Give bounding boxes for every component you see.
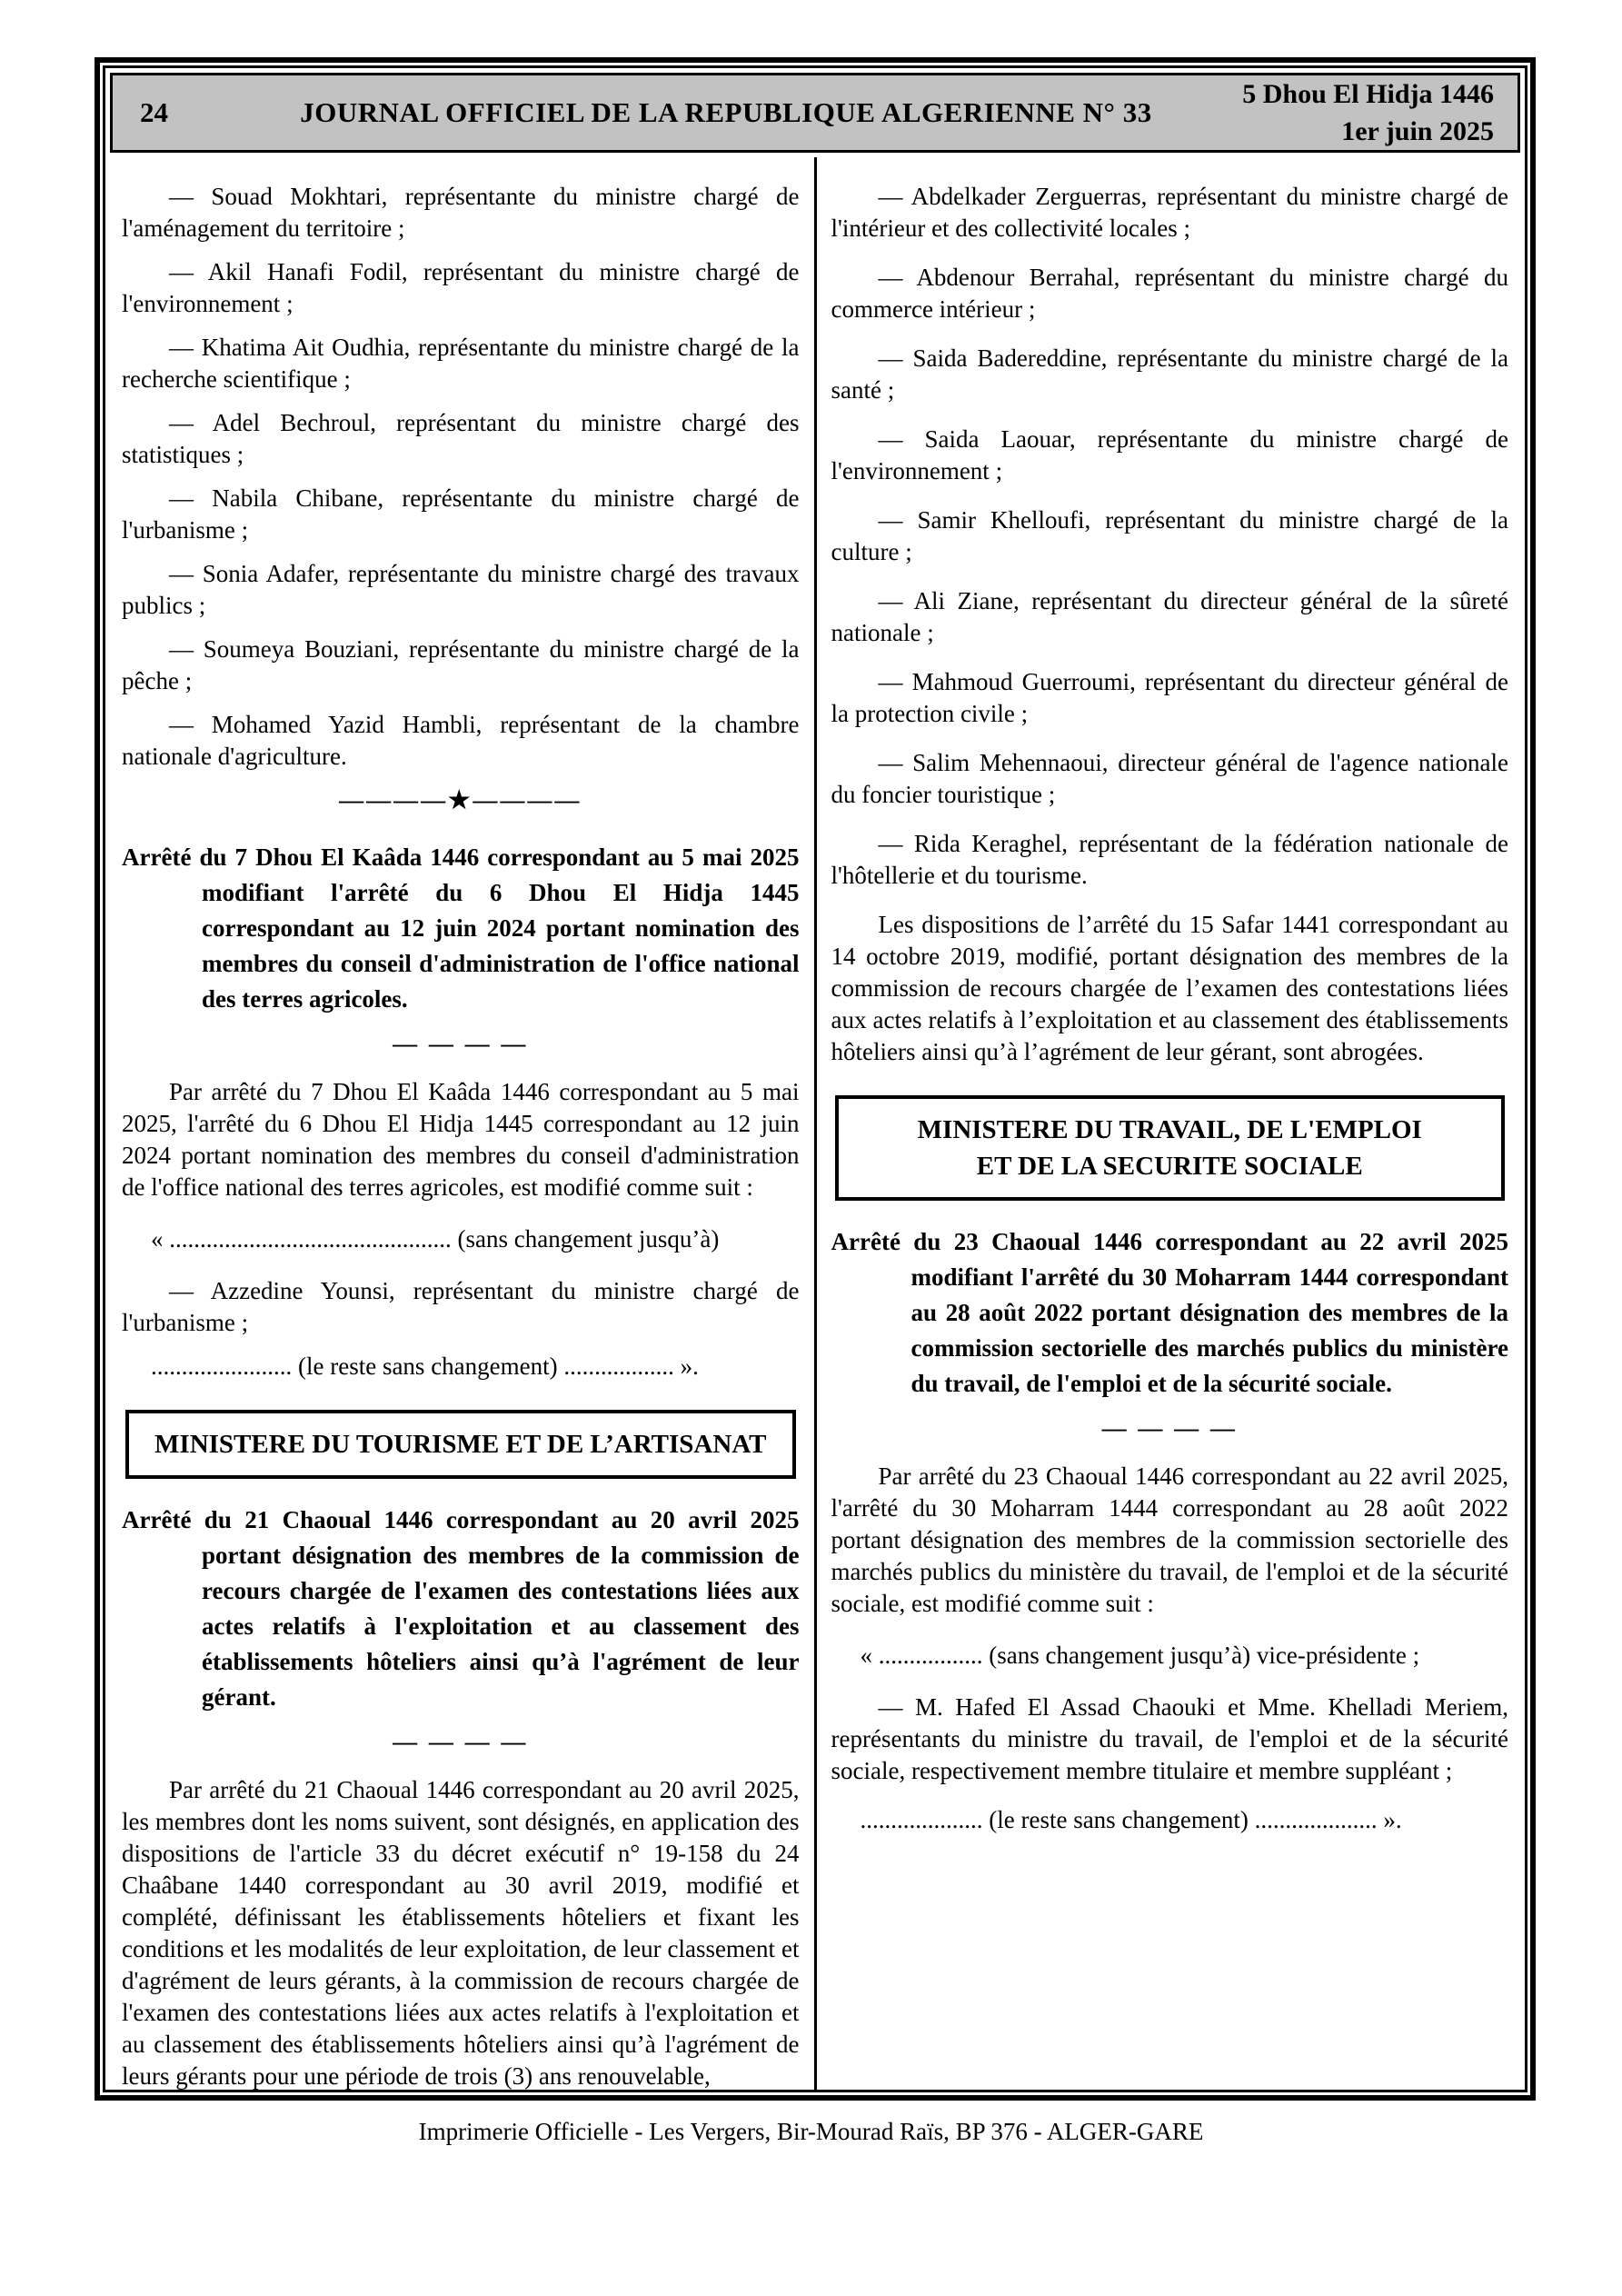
- member-item: — Ali Ziane, représentant du directeur g…: [831, 585, 1509, 649]
- member-item: — Mahmoud Guerroumi, représentant du dir…: [831, 666, 1509, 730]
- member-item: — Soumeya Bouziani, représentante du min…: [122, 634, 800, 697]
- quote-line: « ......................................…: [122, 1223, 800, 1255]
- member-item: — Salim Mehennaoui, directeur général de…: [831, 747, 1509, 811]
- quote-line: .................... (le reste sans chan…: [831, 1804, 1509, 1836]
- arrete-heading: Arrêté du 7 Dhou El Kaâda 1446 correspon…: [122, 840, 800, 1017]
- member-item: — Nabila Chibane, représentante du minis…: [122, 483, 800, 546]
- member-item: — Souad Mokhtari, représentante du minis…: [122, 181, 800, 245]
- arrete-heading: Arrêté du 23 Chaoual 1446 correspondant …: [831, 1224, 1509, 1402]
- journal-title: JOURNAL OFFICIEL DE LA REPUBLIQUE ALGERI…: [267, 96, 1185, 129]
- footer-imprint: Imprimerie Officielle - Les Vergers, Bir…: [0, 2118, 1622, 2146]
- dash-separator: — — — —: [122, 1028, 800, 1060]
- member-item: — Azzedine Younsi, représentant du minis…: [122, 1275, 800, 1339]
- paragraph: Par arrêté du 23 Chaoual 1446 correspond…: [831, 1461, 1509, 1620]
- hijri-date: 5 Dhou El Hidja 1446: [1185, 75, 1494, 113]
- member-item: — Mohamed Yazid Hambli, représentant de …: [122, 709, 800, 773]
- arrete-heading: Arrêté du 21 Chaoual 1446 correspondant …: [122, 1502, 800, 1715]
- dash-separator: — — — —: [831, 1413, 1509, 1444]
- paragraph: Les dispositions de l’arrêté du 15 Safar…: [831, 909, 1509, 1068]
- left-column: — Souad Mokhtari, représentante du minis…: [105, 157, 814, 2090]
- ministry-heading-travail: MINISTERE DU TRAVAIL, DE L'EMPLOI ET DE …: [835, 1095, 1506, 1201]
- paragraph: Par arrêté du 7 Dhou El Kaâda 1446 corre…: [122, 1076, 800, 1203]
- member-item: — Adel Bechroul, représentant du ministr…: [122, 407, 800, 471]
- page-frame-inner: 24 JOURNAL OFFICIEL DE LA REPUBLIQUE ALG…: [103, 65, 1527, 2092]
- member-item: — Abdelkader Zerguerras, représentant du…: [831, 181, 1509, 245]
- page-frame: 24 JOURNAL OFFICIEL DE LA REPUBLIQUE ALG…: [95, 57, 1536, 2101]
- journal-header: 24 JOURNAL OFFICIEL DE LA REPUBLIQUE ALG…: [110, 73, 1520, 153]
- dash-separator: — — — —: [122, 1726, 800, 1758]
- member-item: — Sonia Adafer, représentante du ministr…: [122, 558, 800, 622]
- member-item: — M. Hafed El Assad Chaouki et Mme. Khel…: [831, 1692, 1509, 1787]
- page-number: 24: [140, 96, 267, 129]
- paragraph: Par arrêté du 21 Chaoual 1446 correspond…: [122, 1774, 800, 2090]
- member-item: — Saida Badereddine, représentante du mi…: [831, 343, 1509, 406]
- member-item: — Samir Khelloufi, représentant du minis…: [831, 504, 1509, 568]
- gregorian-date: 1er juin 2025: [1185, 113, 1494, 150]
- member-item: — Saida Laouar, représentante du ministr…: [831, 424, 1509, 487]
- columns: — Souad Mokhtari, représentante du minis…: [105, 157, 1525, 2090]
- star-separator: ————★————: [122, 784, 800, 816]
- member-item: — Abdenour Berrahal, représentant du min…: [831, 262, 1509, 325]
- member-item: — Rida Keraghel, représentant de la fédé…: [831, 828, 1509, 892]
- header-dates: 5 Dhou El Hidja 1446 1er juin 2025: [1185, 75, 1494, 150]
- member-item: — Khatima Ait Oudhia, représentante du m…: [122, 332, 800, 395]
- right-column: — Abdelkader Zerguerras, représentant du…: [817, 157, 1526, 2090]
- ministry-heading-tourisme: MINISTERE DU TOURISME ET DE L’ARTISANAT: [125, 1410, 796, 1479]
- quote-line: « ................. (sans changement jus…: [831, 1640, 1509, 1672]
- member-item: — Akil Hanafi Fodil, représentant du min…: [122, 256, 800, 320]
- quote-line: ....................... (le reste sans c…: [122, 1351, 800, 1383]
